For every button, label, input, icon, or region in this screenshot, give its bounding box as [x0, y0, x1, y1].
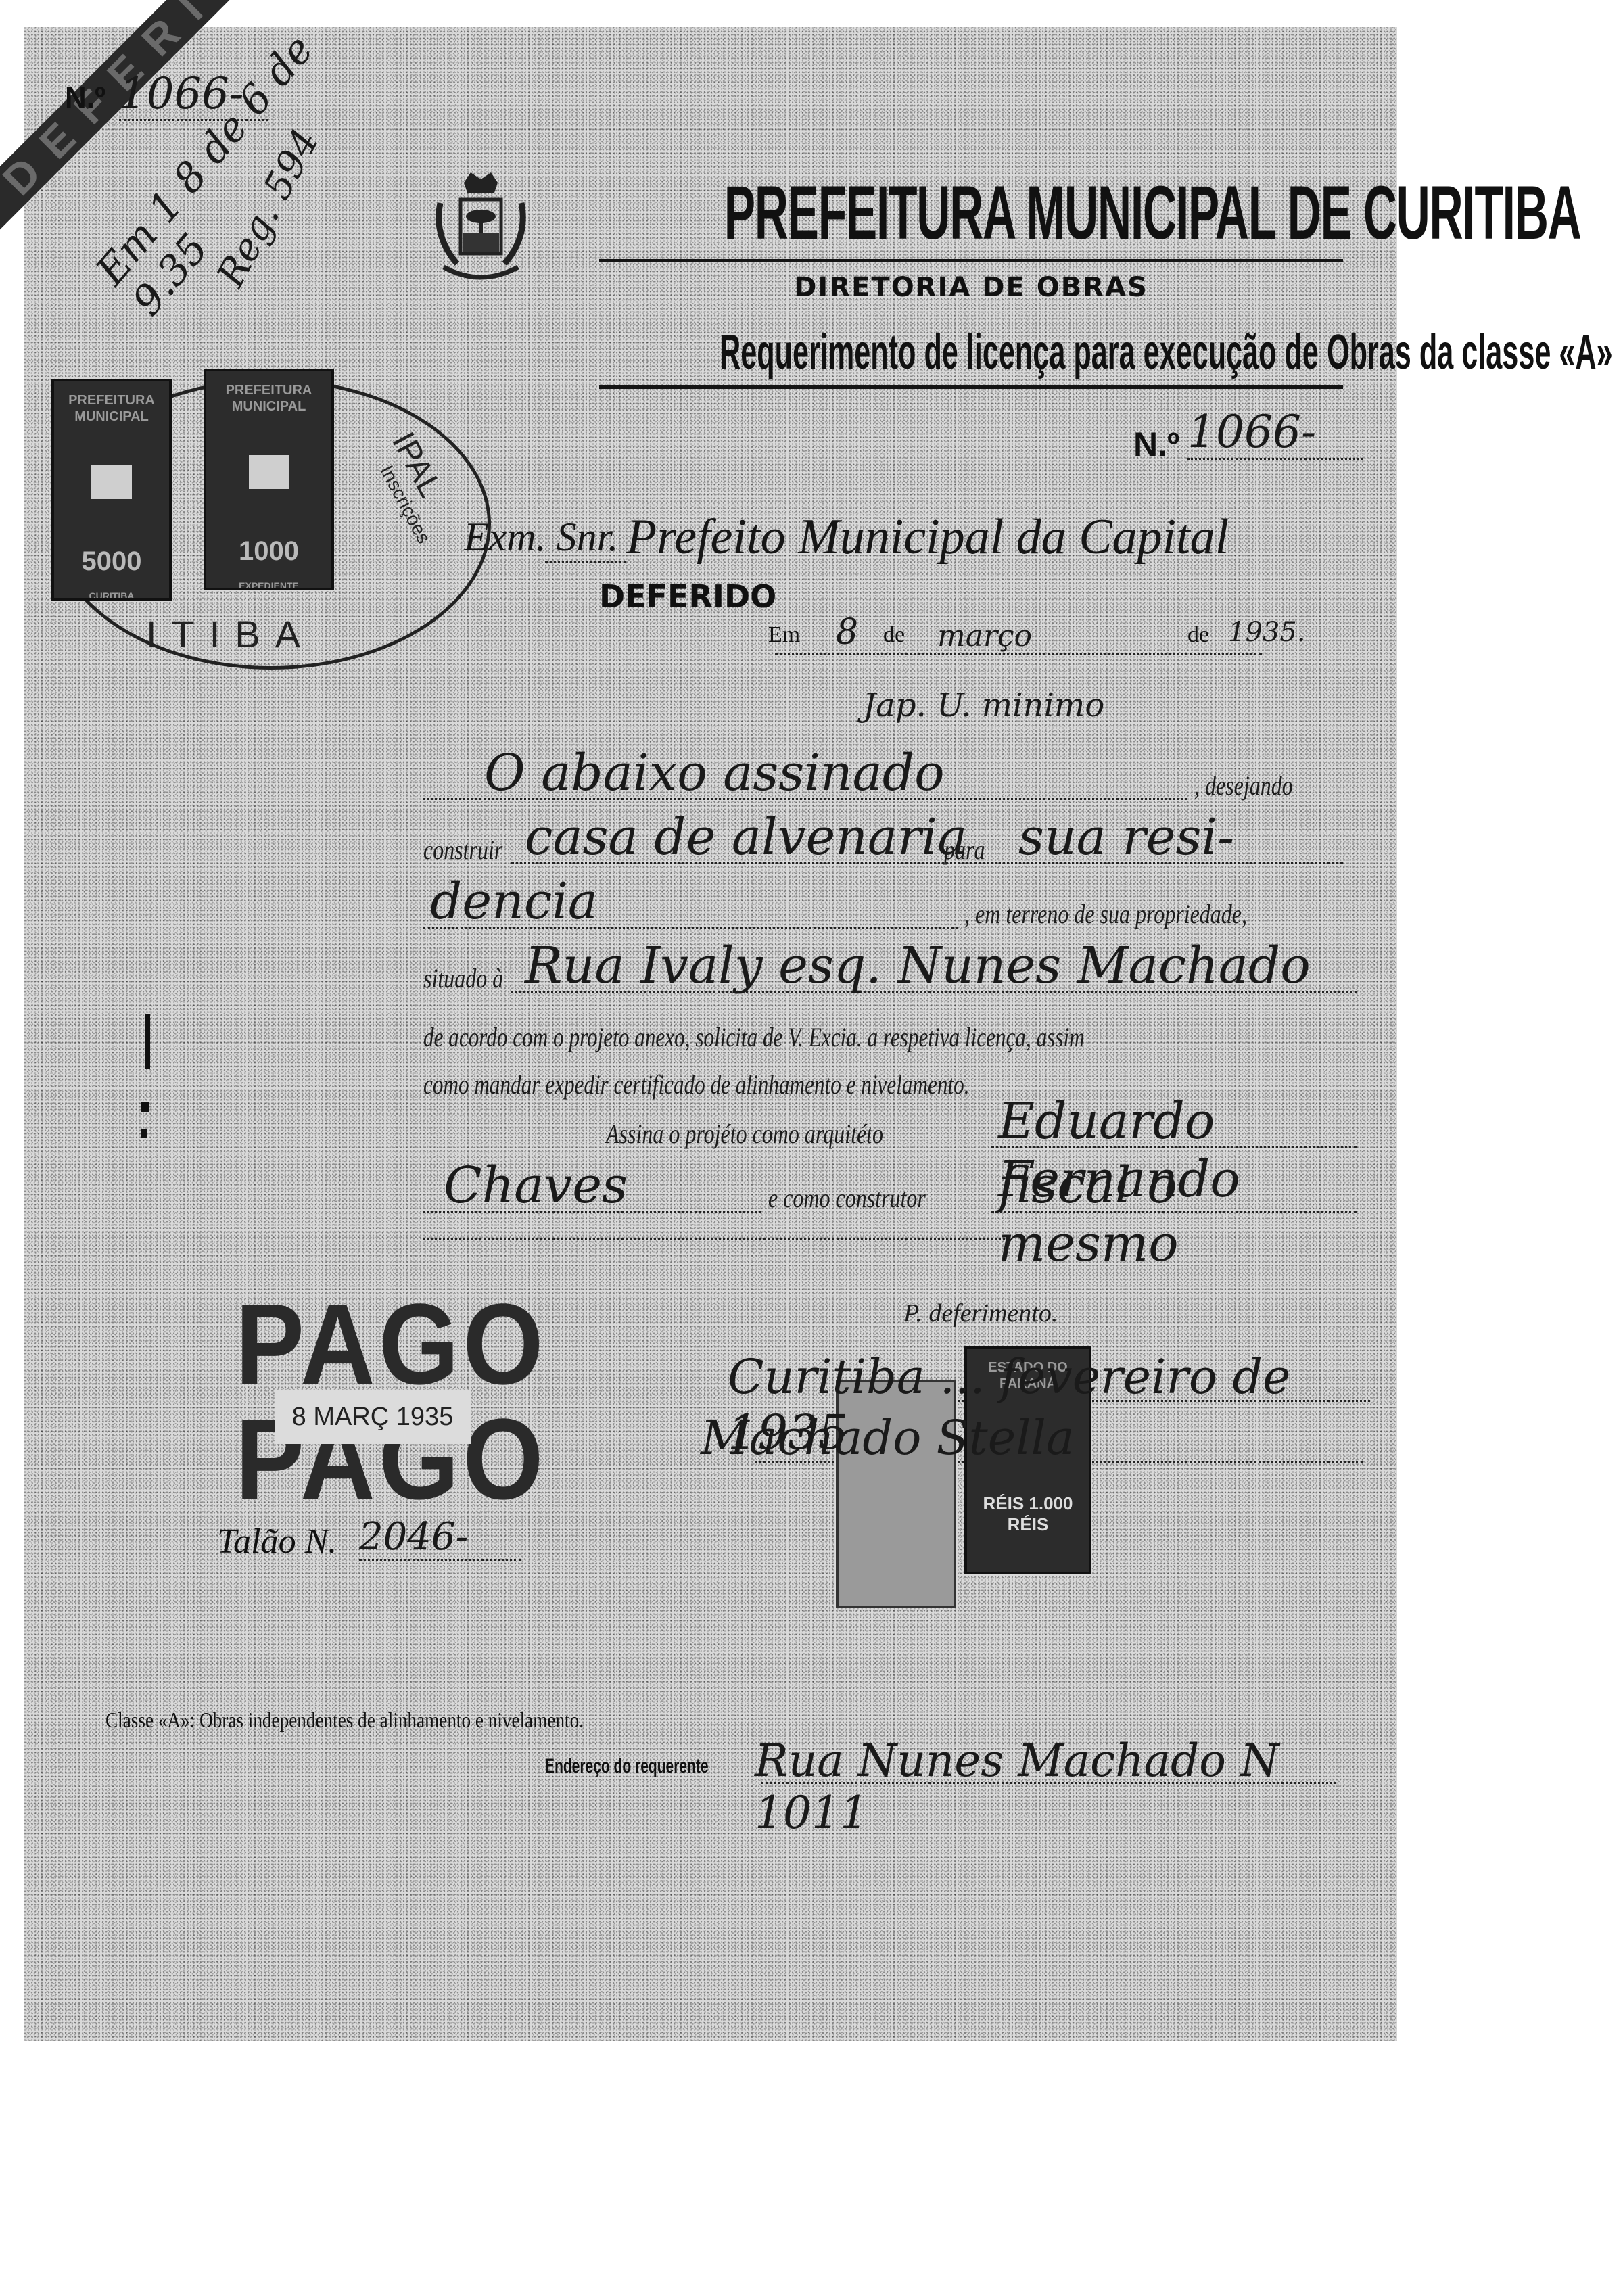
recipient: Prefeito Municipal da Capital	[626, 509, 1229, 566]
stamp-window	[91, 465, 132, 499]
handwritten-dispatch-note: Jap. U. minimo	[863, 686, 1104, 724]
margin-mark	[141, 1102, 149, 1112]
decision-month: março	[937, 619, 1032, 653]
body-line-4: situado à Rua Ivaly esq. Nunes Machado	[423, 943, 1370, 1004]
talao-number: 2046-	[359, 1515, 521, 1561]
margin-mark	[141, 1129, 147, 1138]
revenue-stamp-1000: PREFEITURA MUNICIPAL 1000 EXPEDIENTE	[204, 369, 334, 590]
scanned-document-page: DEFERIDO N.º 1066- Em 1 8 de 6 de 9.35 R…	[24, 27, 1397, 2041]
revenue-stamp-5000: PREFEITURA MUNICIPAL 5000 CURITIBA	[51, 379, 172, 601]
address-value: Rua Nunes Machado N 1011	[755, 1735, 1397, 1839]
builder-field: fiscal o mesmo	[998, 1156, 1370, 1273]
department-subtitle: DIRETORIA DE OBRAS	[599, 272, 1343, 303]
architect-field-cont: Chaves	[444, 1156, 628, 1215]
coat-of-arms-icon	[430, 169, 532, 284]
seal-text-bottom: ITIBA	[146, 612, 315, 656]
salutation-line	[545, 561, 626, 563]
form-number-label: N.º	[1133, 425, 1179, 464]
form-title: Requerimento de licença para execução de…	[720, 325, 1223, 380]
construction-type-field: casa de alvenaria	[525, 808, 967, 866]
stamp-window	[249, 455, 289, 489]
body-line-3: dencia , em terreno de sua propriedade,	[423, 879, 1370, 940]
body-line-7: Assina o projéto como arquitéto Eduardo …	[423, 1099, 1370, 1160]
location-field: Rua Ivaly esq. Nunes Machado	[525, 937, 1311, 995]
body-line-1: O abaixo assinado , desejando	[423, 751, 1370, 812]
talao-label: Talão N.	[217, 1522, 337, 1562]
blank-line	[423, 1238, 1005, 1240]
header-rule-2	[599, 385, 1343, 389]
top-number-label: N.º	[65, 81, 105, 115]
form-number-value: 1066-	[1187, 406, 1363, 460]
p-deferimento: P. deferimento.	[903, 1298, 1058, 1328]
body-line-8: Chaves e como construtor fiscal o mesmo	[423, 1163, 1370, 1224]
salutation: Exm. Snr.	[464, 514, 618, 561]
decision-de-2: de	[1187, 622, 1209, 648]
decision-date-prefix: Em	[768, 622, 800, 648]
decision-year: 1935.	[1228, 617, 1306, 648]
page-title: PREFEITURA MUNICIPAL DE CURITIBA	[724, 169, 1198, 257]
applicant-signature: Machado Stella	[701, 1410, 1075, 1466]
purpose-field: sua resi-	[1018, 808, 1234, 866]
classe-note: Classe «A»: Obras independentes de alinh…	[105, 1708, 584, 1733]
decision-de-1: de	[883, 622, 905, 648]
address-label: Endereço do requerente	[545, 1755, 709, 1778]
header-rule-1	[599, 259, 1343, 262]
body-line-2: construir casa de alvenaria para sua res…	[423, 815, 1370, 876]
deferido-stamp: DEFERIDO	[599, 578, 776, 615]
decision-day: 8	[836, 612, 858, 653]
purpose-field-cont: dencia	[430, 872, 598, 931]
margin-mark	[145, 1014, 150, 1069]
decision-date-line	[775, 653, 1262, 655]
pago-date: 8 MARÇ 1935	[275, 1390, 471, 1444]
applicant-field: O abaixo assinado	[484, 744, 945, 802]
